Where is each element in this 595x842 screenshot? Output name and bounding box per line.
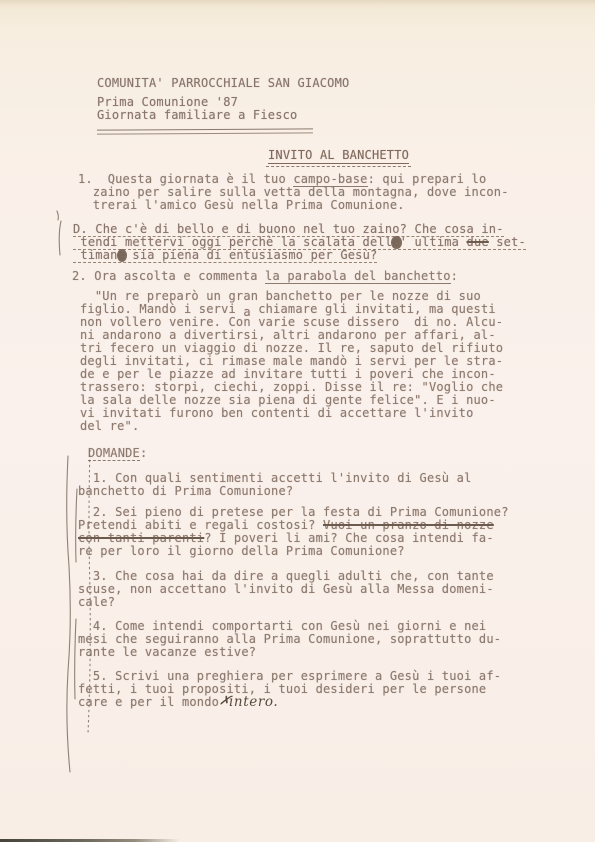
typed-line: rante le vacanze estive? xyxy=(78,646,256,659)
typed-text: del re". xyxy=(80,419,139,433)
typed-text: 2. Sei pieno di pretese per la festa di … xyxy=(78,505,509,519)
typed-text: 1. Questa giornata è il tuo xyxy=(78,172,293,186)
typed-text: banchetto di Prima Comunione? xyxy=(78,484,293,498)
typed-text: ' ultima xyxy=(400,235,467,249)
typed-text: tendi mettervi oggi perchè la scalata de… xyxy=(73,235,392,249)
typed-text: a xyxy=(243,306,250,319)
typed-text: zaino per salire sulla vetta della monta… xyxy=(78,185,509,199)
typed-line: timane sia piena di entusiasmo per Gesù? xyxy=(73,249,377,263)
typed-text: : xyxy=(140,446,147,460)
typed-text: : qui prepari lo xyxy=(368,172,487,186)
typed-text: non vollero venire. Con varie scuse diss… xyxy=(80,315,503,329)
typed-text: 4. Come intendi comportarti con Gesù nei… xyxy=(78,619,486,633)
header-rule xyxy=(97,128,313,134)
typed-text: fetti, i tuoi propositi, i tuoi desideri… xyxy=(78,682,486,696)
typed-text: timan xyxy=(73,248,118,262)
struck-text: Vuoi un pranzo di nozze xyxy=(323,518,494,532)
question-2: 2. Sei pieno di pretese per la festa di … xyxy=(78,506,595,558)
typed-line: banchetto di Prima Comunione? xyxy=(78,485,293,498)
typed-text: la parabola del banchetto xyxy=(265,269,451,284)
typed-text: trerai l'amico Gesù nella Prima Comunion… xyxy=(78,198,405,212)
typed-text: 1. Con quali sentimenti accetti l'invito… xyxy=(78,471,472,485)
event-subtitle: Giornata familiare a Fiesco xyxy=(97,109,297,122)
question-4: 4. Come intendi comportarti con Gesù nei… xyxy=(78,620,595,659)
typed-text: trassero: storpi, ciechi, zoppi. Disse i… xyxy=(80,380,503,394)
typed-text: D. Che c'è di bello e di buono nel tuo z… xyxy=(73,222,504,236)
typed-line: re per loro il giorno della Prima Comuni… xyxy=(78,545,405,558)
typed-text: set- xyxy=(489,235,526,249)
typed-text: figlio. Mandò i servi xyxy=(80,302,243,316)
typed-text: care e per il mondo xyxy=(78,695,219,709)
question-5: 5. Scrivi una preghiera per esprimere a … xyxy=(78,670,595,709)
item-1: 1. Questa giornata è il tuo campo-base: … xyxy=(78,173,595,212)
typed-text: 5. Scrivi una preghiera per esprimere a … xyxy=(78,669,501,683)
typed-line: cale? xyxy=(78,596,115,609)
typed-text: ? I poveri li ami? Che cosa intendi fa- xyxy=(204,531,494,545)
typed-text: ni andarono a divertirsi, altri andarono… xyxy=(80,328,496,342)
typed-line: care e per il mondo✗intero. xyxy=(78,696,278,709)
typed-text: e xyxy=(392,235,399,249)
domande-heading: DOMANDE: xyxy=(88,447,595,460)
document-header: COMUNITA' PARROCCHIALE SAN GIACOMO Prima… xyxy=(97,77,595,122)
document-page: COMUNITA' PARROCCHIALE SAN GIACOMO Prima… xyxy=(0,0,595,842)
typed-text: rante le vacanze estive? xyxy=(78,645,256,659)
typed-line: del re". xyxy=(80,420,139,433)
typed-text: DOMANDE xyxy=(88,446,140,461)
document-title: INVITO AL BANCHETTO xyxy=(268,149,409,164)
document-body: COMUNITA' PARROCCHIALE SAN GIACOMO Prima… xyxy=(0,0,595,709)
handwritten-word: intero. xyxy=(229,694,278,710)
typed-text: : xyxy=(451,269,458,283)
typed-text: e xyxy=(118,248,125,262)
typed-line: DOMANDE: xyxy=(88,447,147,460)
typed-line: trerai l'amico Gesù nella Prima Comunion… xyxy=(78,199,405,212)
typed-text: tri fecero un viaggio di nozze. Il re, s… xyxy=(80,341,503,355)
org-name: COMUNITA' PARROCCHIALE SAN GIACOMO xyxy=(97,77,349,90)
question-1: 1. Con quali sentimenti accetti l'invito… xyxy=(78,472,595,498)
typed-text: re per loro il giorno della Prima Comuni… xyxy=(78,544,405,558)
typed-text: degli invitati, ci rimase male mandò i s… xyxy=(80,354,503,368)
typed-text: "Un re preparò un gran banchetto per le … xyxy=(80,289,481,303)
typed-text: 3. Che cosa hai da dire a quegli adulti … xyxy=(78,569,494,583)
struck-text: con tanti parenti xyxy=(78,531,204,545)
typed-line: 2. Ora ascolta e commenta la parabola de… xyxy=(72,270,458,283)
question-d: D. Che c'è di bello e di buono nel tuo z… xyxy=(73,223,595,263)
typed-text: la sala delle nozze sia piena di gente f… xyxy=(80,393,496,407)
item-2: 2. Ora ascolta e commenta la parabola de… xyxy=(72,270,595,283)
parable-text: "Un re preparò un gran banchetto per le … xyxy=(80,290,595,433)
document-blocks: 1. Questa giornata è il tuo campo-base: … xyxy=(0,173,595,709)
title-block: INVITO AL BANCHETTO xyxy=(268,149,595,164)
insertion-mark-icon: ✗ xyxy=(218,694,232,709)
typed-text: de e per le piazze ad invitare tutti i p… xyxy=(80,367,496,381)
typed-text: mesi che seguiranno alla Prima Comunione… xyxy=(78,632,501,646)
typed-text: vi invitati furono ben contenti di accet… xyxy=(80,406,474,420)
struck-text: due xyxy=(467,235,489,249)
typed-text: 2. Ora ascolta e commenta xyxy=(72,269,265,283)
typed-text: sia piena di entusiasmo per Gesù? xyxy=(125,248,377,262)
typed-text: scuse, non accettano l'invito di Gesù al… xyxy=(78,582,494,596)
typed-line: scuse, non accettano l'invito di Gesù al… xyxy=(78,583,494,596)
typed-text: cale? xyxy=(78,595,115,609)
question-3: 3. Che cosa hai da dire a quegli adulti … xyxy=(78,570,595,609)
typed-text: Pretendi abiti e regali costosi? xyxy=(78,518,323,532)
typed-text: chiamare gli invitati, ma questi xyxy=(251,302,496,316)
